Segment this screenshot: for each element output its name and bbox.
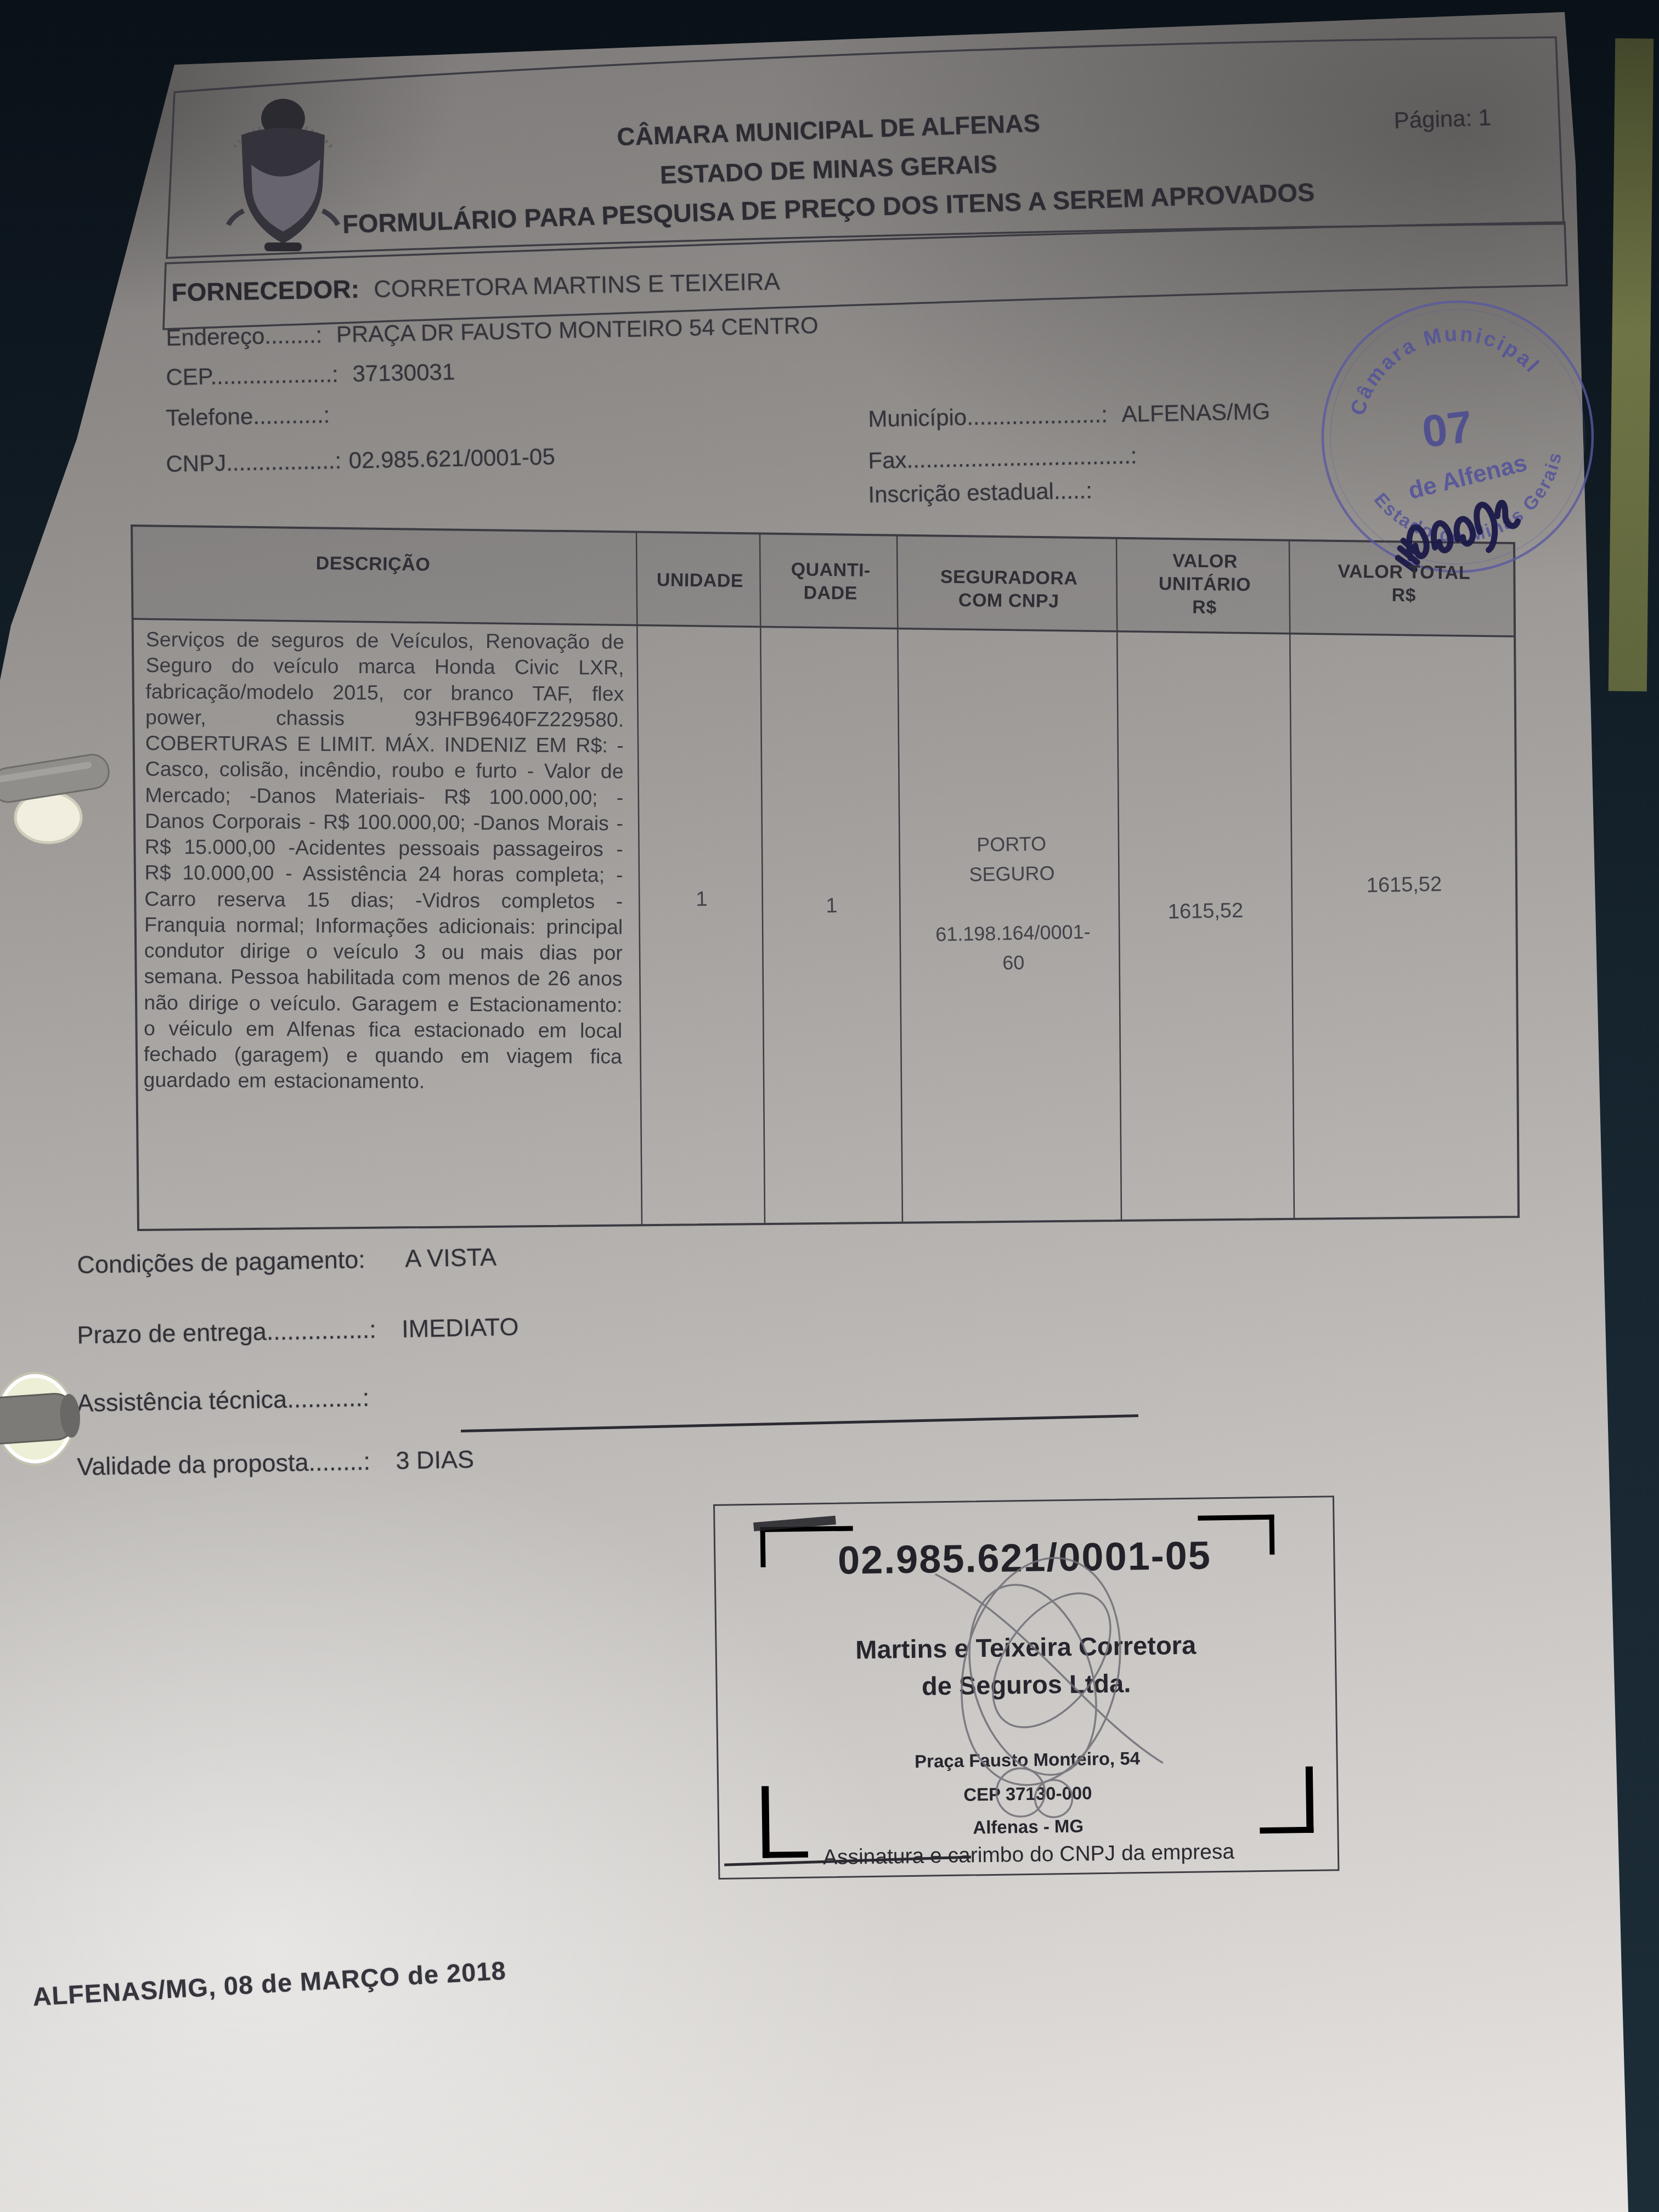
cep-label: CEP...................:	[166, 361, 338, 390]
table-column-line	[636, 532, 642, 1225]
row-valor-unitario: 1615,52	[1119, 898, 1293, 924]
col-header-unidade: UNIDADE	[639, 552, 761, 609]
stamp-city: de Alfenas	[1406, 449, 1530, 505]
col-header-quantidade: QUANTI- DADE	[762, 548, 899, 615]
fax-row: Fax...................................:	[868, 442, 1145, 474]
municipio-label: Município.....................:	[868, 402, 1108, 432]
assistencia-row: Assistência técnica...........:	[77, 1383, 388, 1418]
row-seguradora: PORTO SEGURO 61.198.164/0001- 60	[903, 828, 1122, 980]
stamp-arc-top-text: Câmara Municipal	[1331, 302, 1547, 423]
row-valor-total: 1615,52	[1290, 871, 1519, 899]
binder-clip-top-icon	[0, 747, 132, 857]
col-header-valor-unitario: VALOR UNITÁRIO R$	[1119, 542, 1291, 627]
company-stamp-box: 02.985.621/0001-05 Martins e Teixeira Co…	[713, 1496, 1339, 1880]
round-stamp-graphic: Câmara Municipal Estado de Minas Gerais …	[1318, 295, 1601, 585]
cnpj-label: CNPJ.................:	[166, 448, 342, 477]
fax-label: Fax...................................:	[868, 443, 1137, 473]
pagamento-label: Condições de pagamento:	[77, 1245, 365, 1279]
inscricao-row: Inscrição estadual.....:	[868, 477, 1100, 508]
table-column-line	[760, 534, 765, 1224]
validade-value: 3 DIAS	[396, 1445, 475, 1475]
row-descricao: Serviços de seguros de Veículos, Renovaç…	[143, 627, 624, 1227]
col-header-seguradora: SEGURADORA COM CNPJ	[899, 555, 1118, 624]
binder-clip-bottom-icon	[0, 1357, 104, 1478]
cep-row: CEP...................: 37130031	[166, 359, 455, 391]
table-column-line	[897, 535, 902, 1223]
endereco-label: Endereço........:	[166, 322, 323, 351]
validade-label: Validade da proposta........:	[77, 1447, 370, 1481]
col-header-descricao: DESCRIÇÃO	[219, 529, 527, 599]
municipio-value: ALFENAS/MG	[1121, 398, 1271, 427]
stamp-number: 07	[1419, 402, 1475, 457]
prazo-label: Prazo de entrega...............:	[77, 1316, 376, 1349]
stamp-arc-top: Câmara Municipal	[1331, 302, 1547, 423]
pagamento-value: A VISTA	[405, 1243, 497, 1272]
row-unidade: 1	[639, 887, 765, 912]
row-quantidade: 1	[764, 893, 900, 919]
cep-value: 37130031	[352, 359, 455, 387]
prazo-value: IMEDIATO	[402, 1313, 519, 1343]
telefone-label: Telefone...........:	[166, 402, 330, 431]
round-municipal-stamp: Câmara Municipal Estado de Minas Gerais …	[1318, 295, 1601, 585]
assistencia-label: Assistência técnica...........:	[77, 1384, 370, 1417]
crest-base	[264, 242, 302, 251]
inscricao-label: Inscrição estadual.....:	[868, 477, 1092, 507]
supplier-label: FORNECEDOR:	[171, 274, 359, 307]
cnpj-value: 02.985.621/0001-05	[348, 443, 555, 473]
photographed-document: Página: 1 CÂMARA MUNICIPAL DE ALFENAS ES…	[0, 0, 1659, 2212]
col-header-valor-total: VALOR TOTAL R$	[1291, 550, 1516, 618]
telefone-row: Telefone...........:	[166, 402, 338, 431]
pen-scribble-icon	[852, 1504, 1274, 1861]
